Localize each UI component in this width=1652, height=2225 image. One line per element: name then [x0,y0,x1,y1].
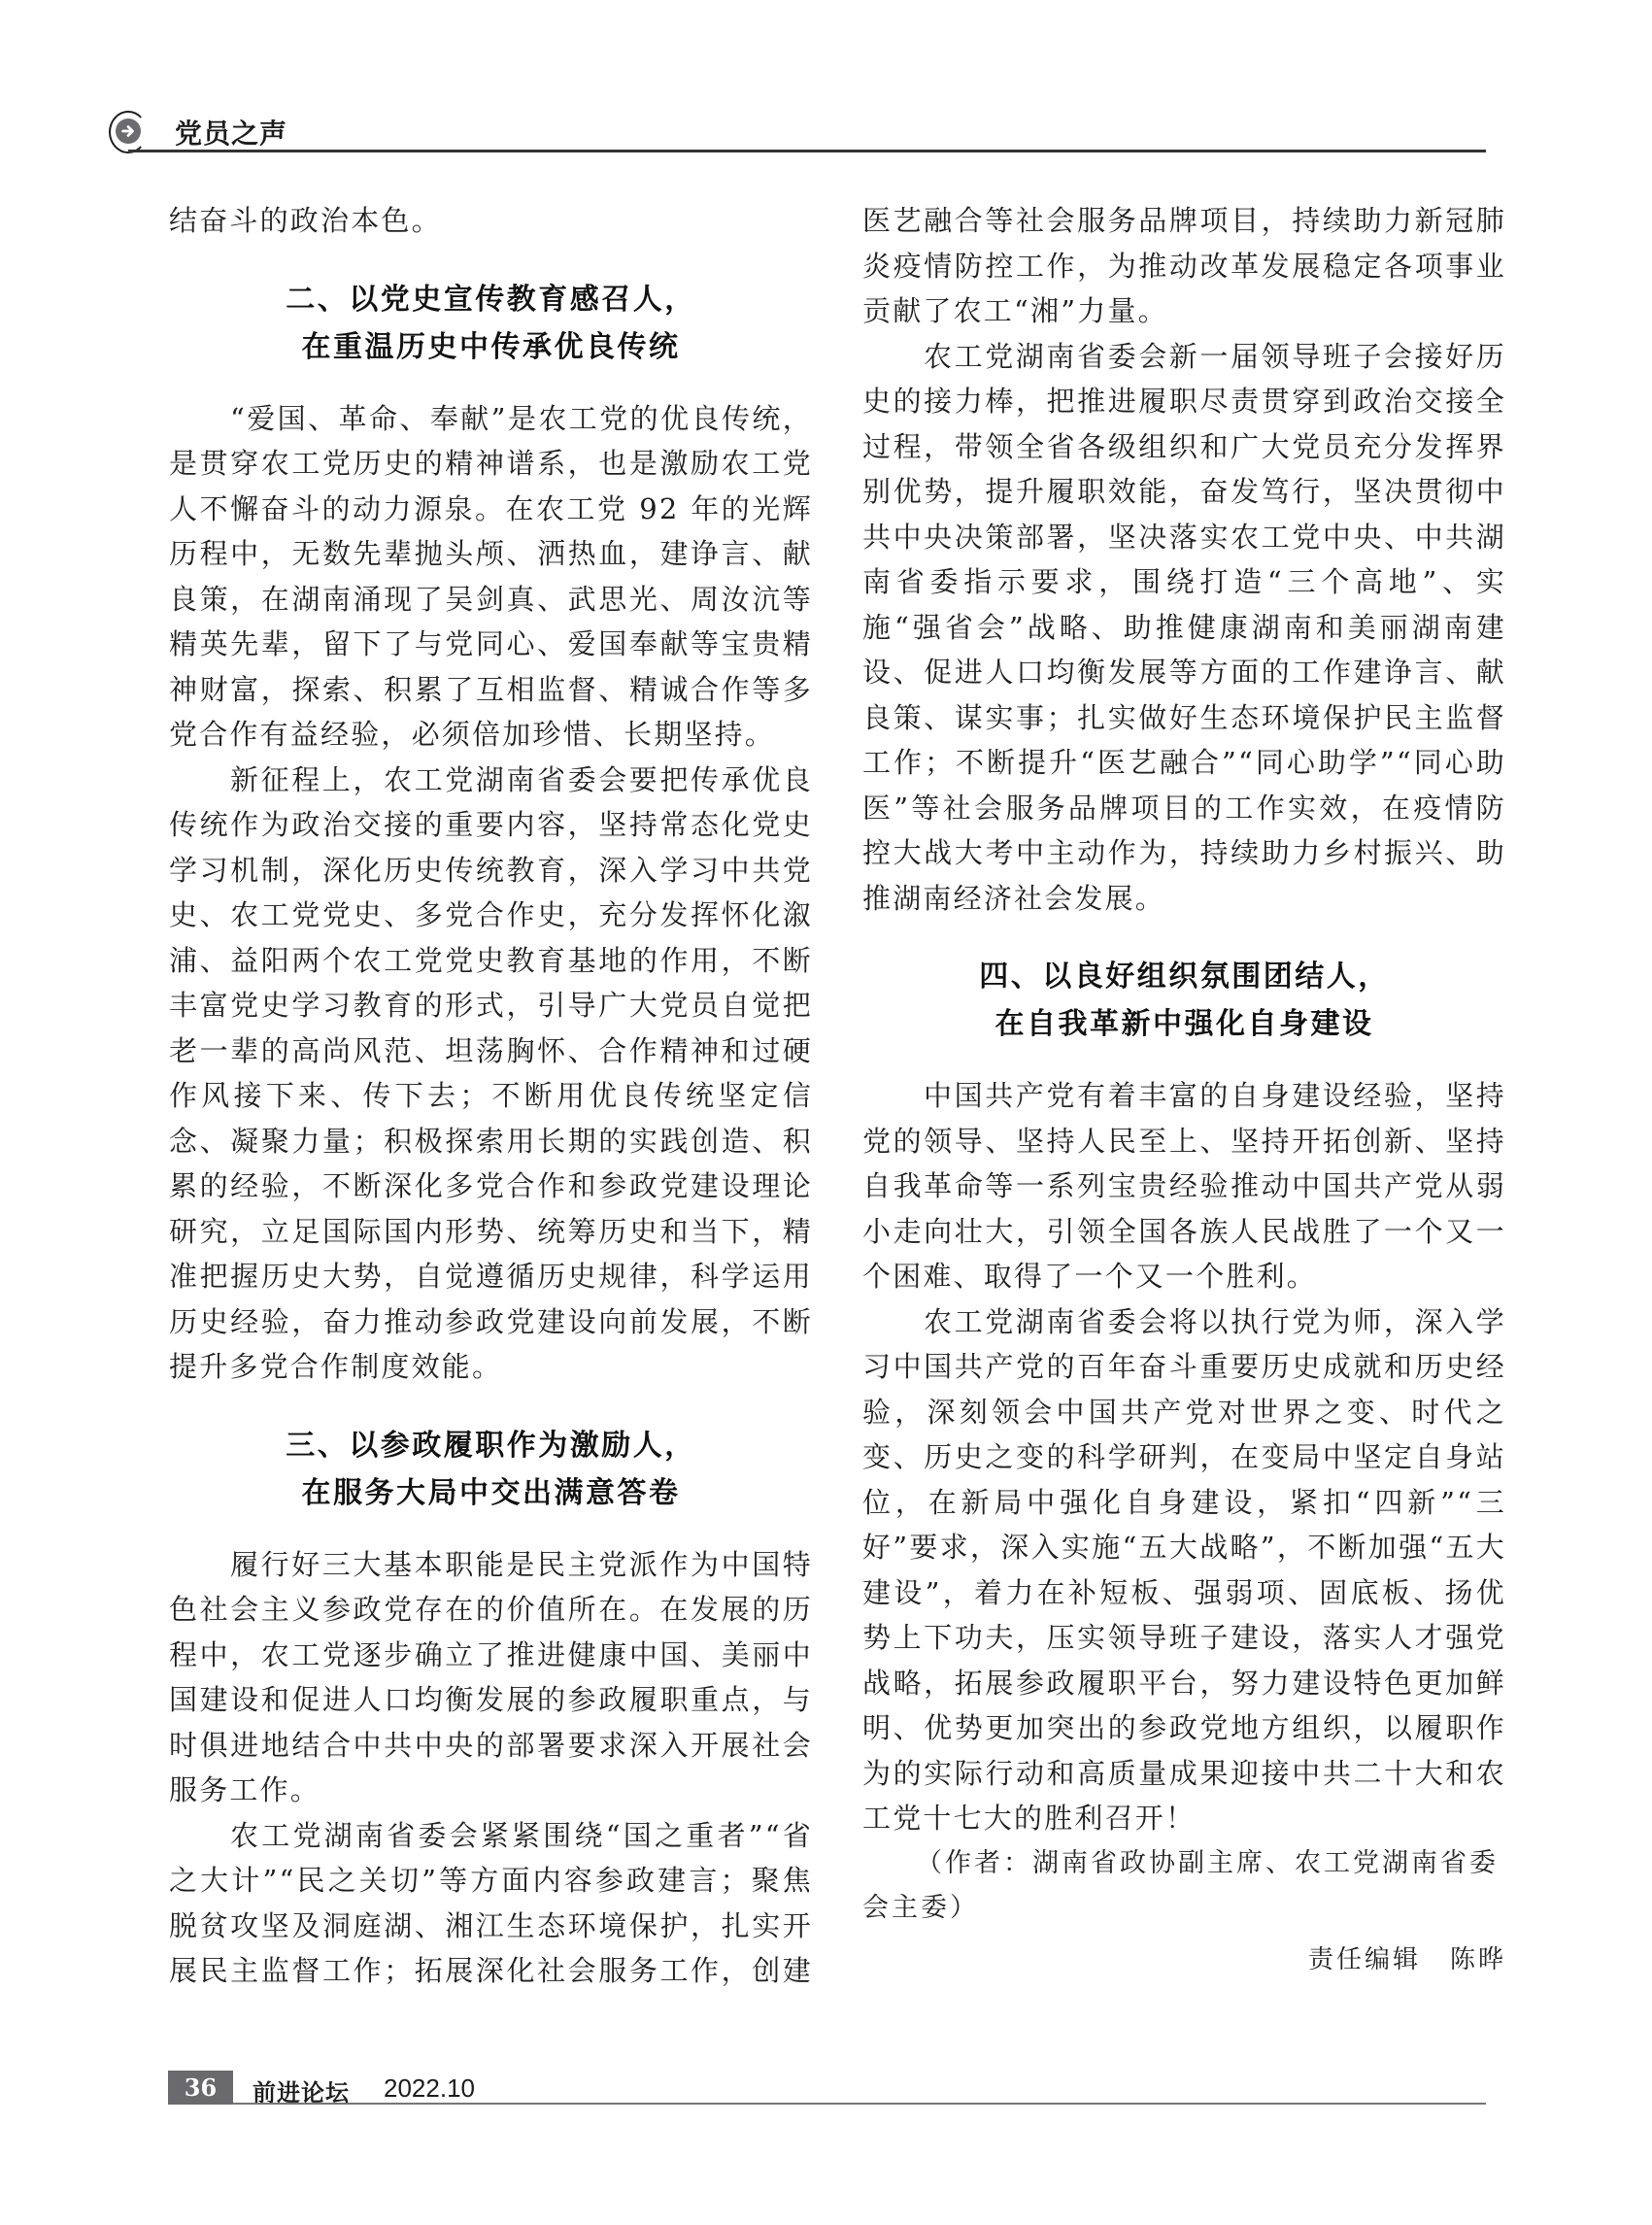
right-column: 医艺融合等社会服务品牌项目，持续助力新冠肺炎疫情防控工作，为推动改革发展稳定各项… [862,198,1506,1982]
section-4-title-line1: 四、以良好组织氛围团结人， [979,960,1390,994]
section-4-paragraph: 农工党湖南省委会将以执行党为师，深入学习中国共产党的百年奋斗重要历史成就和历史经… [862,1299,1506,1841]
section-3-title-line2: 在服务大局中交出满意答卷 [302,1476,681,1510]
author-byline: （作者：湖南省政协副主席、农工党湖南省委会主委） [862,1841,1506,1932]
footer-divider [233,2103,1486,2105]
editor-credit: 责任编辑陈晔 [862,1938,1506,1982]
section-3-paragraph: 履行好三大基本职能是民主党派作为中国特色社会主义参政党存在的价值所在。在发展的历… [169,1542,813,1813]
opening-fragment: 结奋斗的政治本色。 [169,198,813,244]
page-header: 党员之声 [107,105,1486,155]
section-4-paragraph: 中国共产党有着丰富的自身建设经验，坚持党的领导、坚持人民至上、坚持开拓创新、坚持… [862,1073,1506,1299]
section-4-title-line2: 在自我革新中强化自身建设 [995,1007,1374,1041]
page-footer: 36 前进论坛 2022.10 [168,2071,1486,2106]
issue-date: 2022.10 [384,2073,475,2104]
section-2-title-line1: 二、以党史宣传教育感召人， [286,283,696,317]
section-2-title-line2: 在重温历史中传承优良传统 [302,330,681,364]
page-number: 36 [168,2071,233,2105]
section-4-title: 四、以良好组织氛围团结人， 在自我革新中强化自身建设 [862,953,1506,1048]
section-2-paragraph: 新征程上，农工党湖南省委会要把传承优良传统作为政治交接的重要内容，坚持常态化党史… [169,758,813,1390]
section-2-paragraph: “爱国、革命、奉献”是农工党的优良传统，是贯穿农工党历史的精神谱系，也是激励农工… [169,396,813,758]
arrow-right-circle-icon [116,118,141,144]
section-3-title-line1: 三、以参政履职作为激励人， [286,1429,696,1463]
continued-paragraph: 医艺融合等社会服务品牌项目，持续助力新冠肺炎疫情防控工作，为推动改革发展稳定各项… [862,198,1506,334]
left-column: 结奋斗的政治本色。 二、以党史宣传教育感召人， 在重温历史中传承优良传统 “爱国… [169,198,813,1994]
editor-label: 责任编辑 [1308,1945,1421,1974]
editor-name: 陈晔 [1450,1945,1506,1974]
section-3-title: 三、以参政履职作为激励人， 在服务大局中交出满意答卷 [169,1422,813,1517]
section-3-paragraph: 农工党湖南省委会紧紧围绕“国之重者”“省之大计”“民之关切”等方面内容参政建言；… [169,1813,813,1994]
header-divider [128,150,1486,152]
section-label: 党员之声 [175,113,287,152]
section-3-paragraph: 农工党湖南省委会新一届领导班子会接好历史的接力棒，把推进履职尽责贯穿到政治交接全… [862,334,1506,922]
section-2-title: 二、以党史宣传教育感召人， 在重温历史中传承优良传统 [169,276,813,371]
